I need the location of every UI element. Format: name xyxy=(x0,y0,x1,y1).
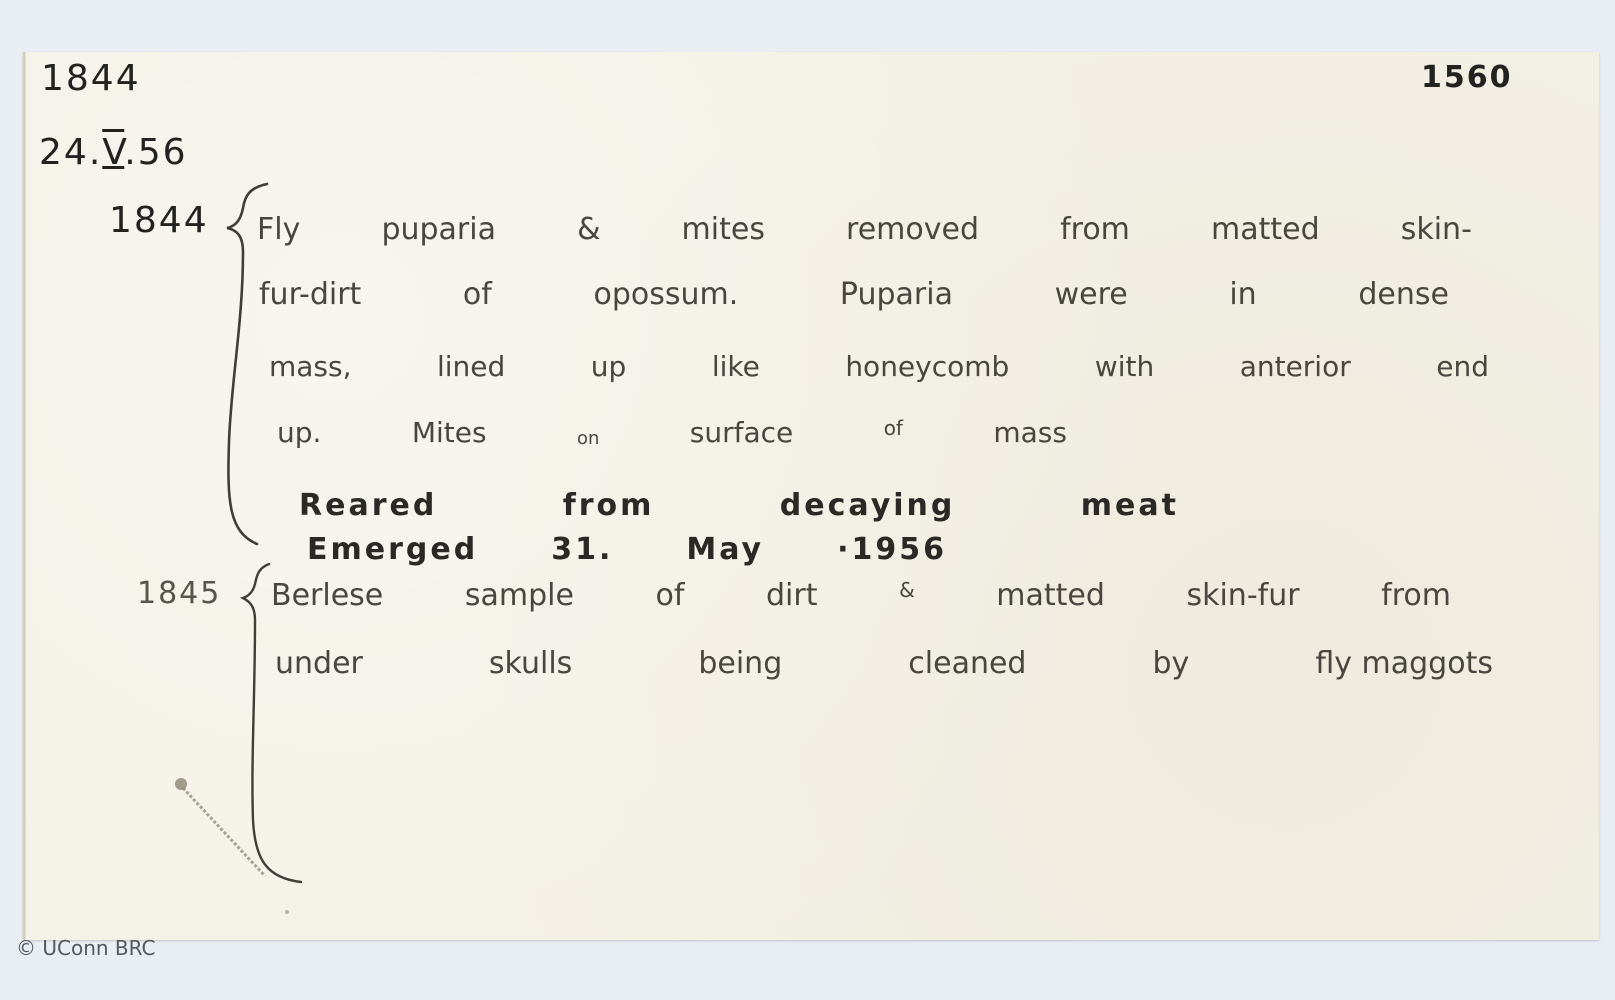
word: May xyxy=(686,532,764,567)
word: from xyxy=(1060,212,1130,247)
entry-1844-note-emerged: Emerged 31. May ·1956 xyxy=(307,532,947,567)
entry-1844-line-1: Fly puparia & mites removed from matted … xyxy=(257,212,1472,247)
word: up xyxy=(591,350,627,383)
word: of xyxy=(463,277,492,312)
word: Fly xyxy=(257,212,300,247)
word: Emerged xyxy=(307,532,478,567)
word: puparia xyxy=(381,212,496,247)
word: dense xyxy=(1358,277,1449,312)
word: sample xyxy=(465,578,574,613)
date-year: 56 xyxy=(138,132,188,173)
entry-number-1845: 1845 xyxy=(137,576,221,611)
word: fur-dirt xyxy=(259,277,361,312)
word: matted xyxy=(996,578,1105,613)
word: like xyxy=(712,350,760,383)
word: opossum. xyxy=(593,277,738,312)
word: decaying xyxy=(780,488,956,523)
word: mites xyxy=(682,212,765,247)
pencil-smudge-mark xyxy=(169,772,309,922)
word: surface xyxy=(690,416,793,449)
word: Berlese xyxy=(271,578,383,613)
word: by xyxy=(1153,646,1190,681)
entry-1845-line-1: Berlese sample of dirt & matted skin-fur… xyxy=(271,578,1451,613)
entry-1844-line-4: up. Mites on surface of mass xyxy=(277,416,1067,449)
date-month-roman: V xyxy=(102,132,124,173)
collection-date: 24.V.56 xyxy=(39,132,188,173)
word: 31. xyxy=(551,532,613,567)
specimen-catalog-card: 1844 1560 24.V.56 1844 Fly puparia & mit… xyxy=(23,52,1599,940)
entry-1844-line-3: mass, lined up like honeycomb with anter… xyxy=(269,350,1489,383)
word: lined xyxy=(437,350,505,383)
word: of xyxy=(656,578,685,613)
word: honeycomb xyxy=(845,350,1009,383)
word: skulls xyxy=(489,646,572,681)
word: with xyxy=(1095,350,1154,383)
word: up. xyxy=(277,416,321,449)
word: cleaned xyxy=(908,646,1026,681)
word: meat xyxy=(1081,488,1179,523)
date-day: 24 xyxy=(39,132,89,173)
word: & xyxy=(899,578,915,613)
copyright-notice: © UConn BRC xyxy=(16,936,156,960)
entry-1844-note-reared: Reared from decaying meat xyxy=(299,488,1179,523)
word: & xyxy=(577,212,600,247)
word: being xyxy=(698,646,782,681)
word: in xyxy=(1229,277,1256,312)
word: on xyxy=(577,428,599,449)
card-number-top-left: 1844 xyxy=(41,58,141,99)
word: Mites xyxy=(412,416,487,449)
word: under xyxy=(275,646,363,681)
word: ·1956 xyxy=(837,532,947,567)
entry-1844-line-2: fur-dirt of opossum. Puparia were in den… xyxy=(259,277,1449,312)
word: fly maggots xyxy=(1315,646,1493,681)
word: dirt xyxy=(766,578,817,613)
word: removed xyxy=(846,212,979,247)
word: Puparia xyxy=(840,277,953,312)
word: were xyxy=(1055,277,1128,312)
entry-number-1844: 1844 xyxy=(109,200,209,241)
word: matted xyxy=(1211,212,1320,247)
word: mass xyxy=(993,416,1067,449)
word: from xyxy=(563,488,655,523)
word: end xyxy=(1436,350,1489,383)
word: mass, xyxy=(269,350,352,383)
word: anterior xyxy=(1240,350,1351,383)
word: skin-fur xyxy=(1186,578,1299,613)
word: from xyxy=(1381,578,1451,613)
word: Reared xyxy=(299,488,437,523)
word: skin- xyxy=(1401,212,1472,247)
word: of xyxy=(884,416,903,449)
card-number-top-right: 1560 xyxy=(1421,60,1513,95)
entry-1845-line-2: under skulls being cleaned by fly maggot… xyxy=(275,646,1493,681)
